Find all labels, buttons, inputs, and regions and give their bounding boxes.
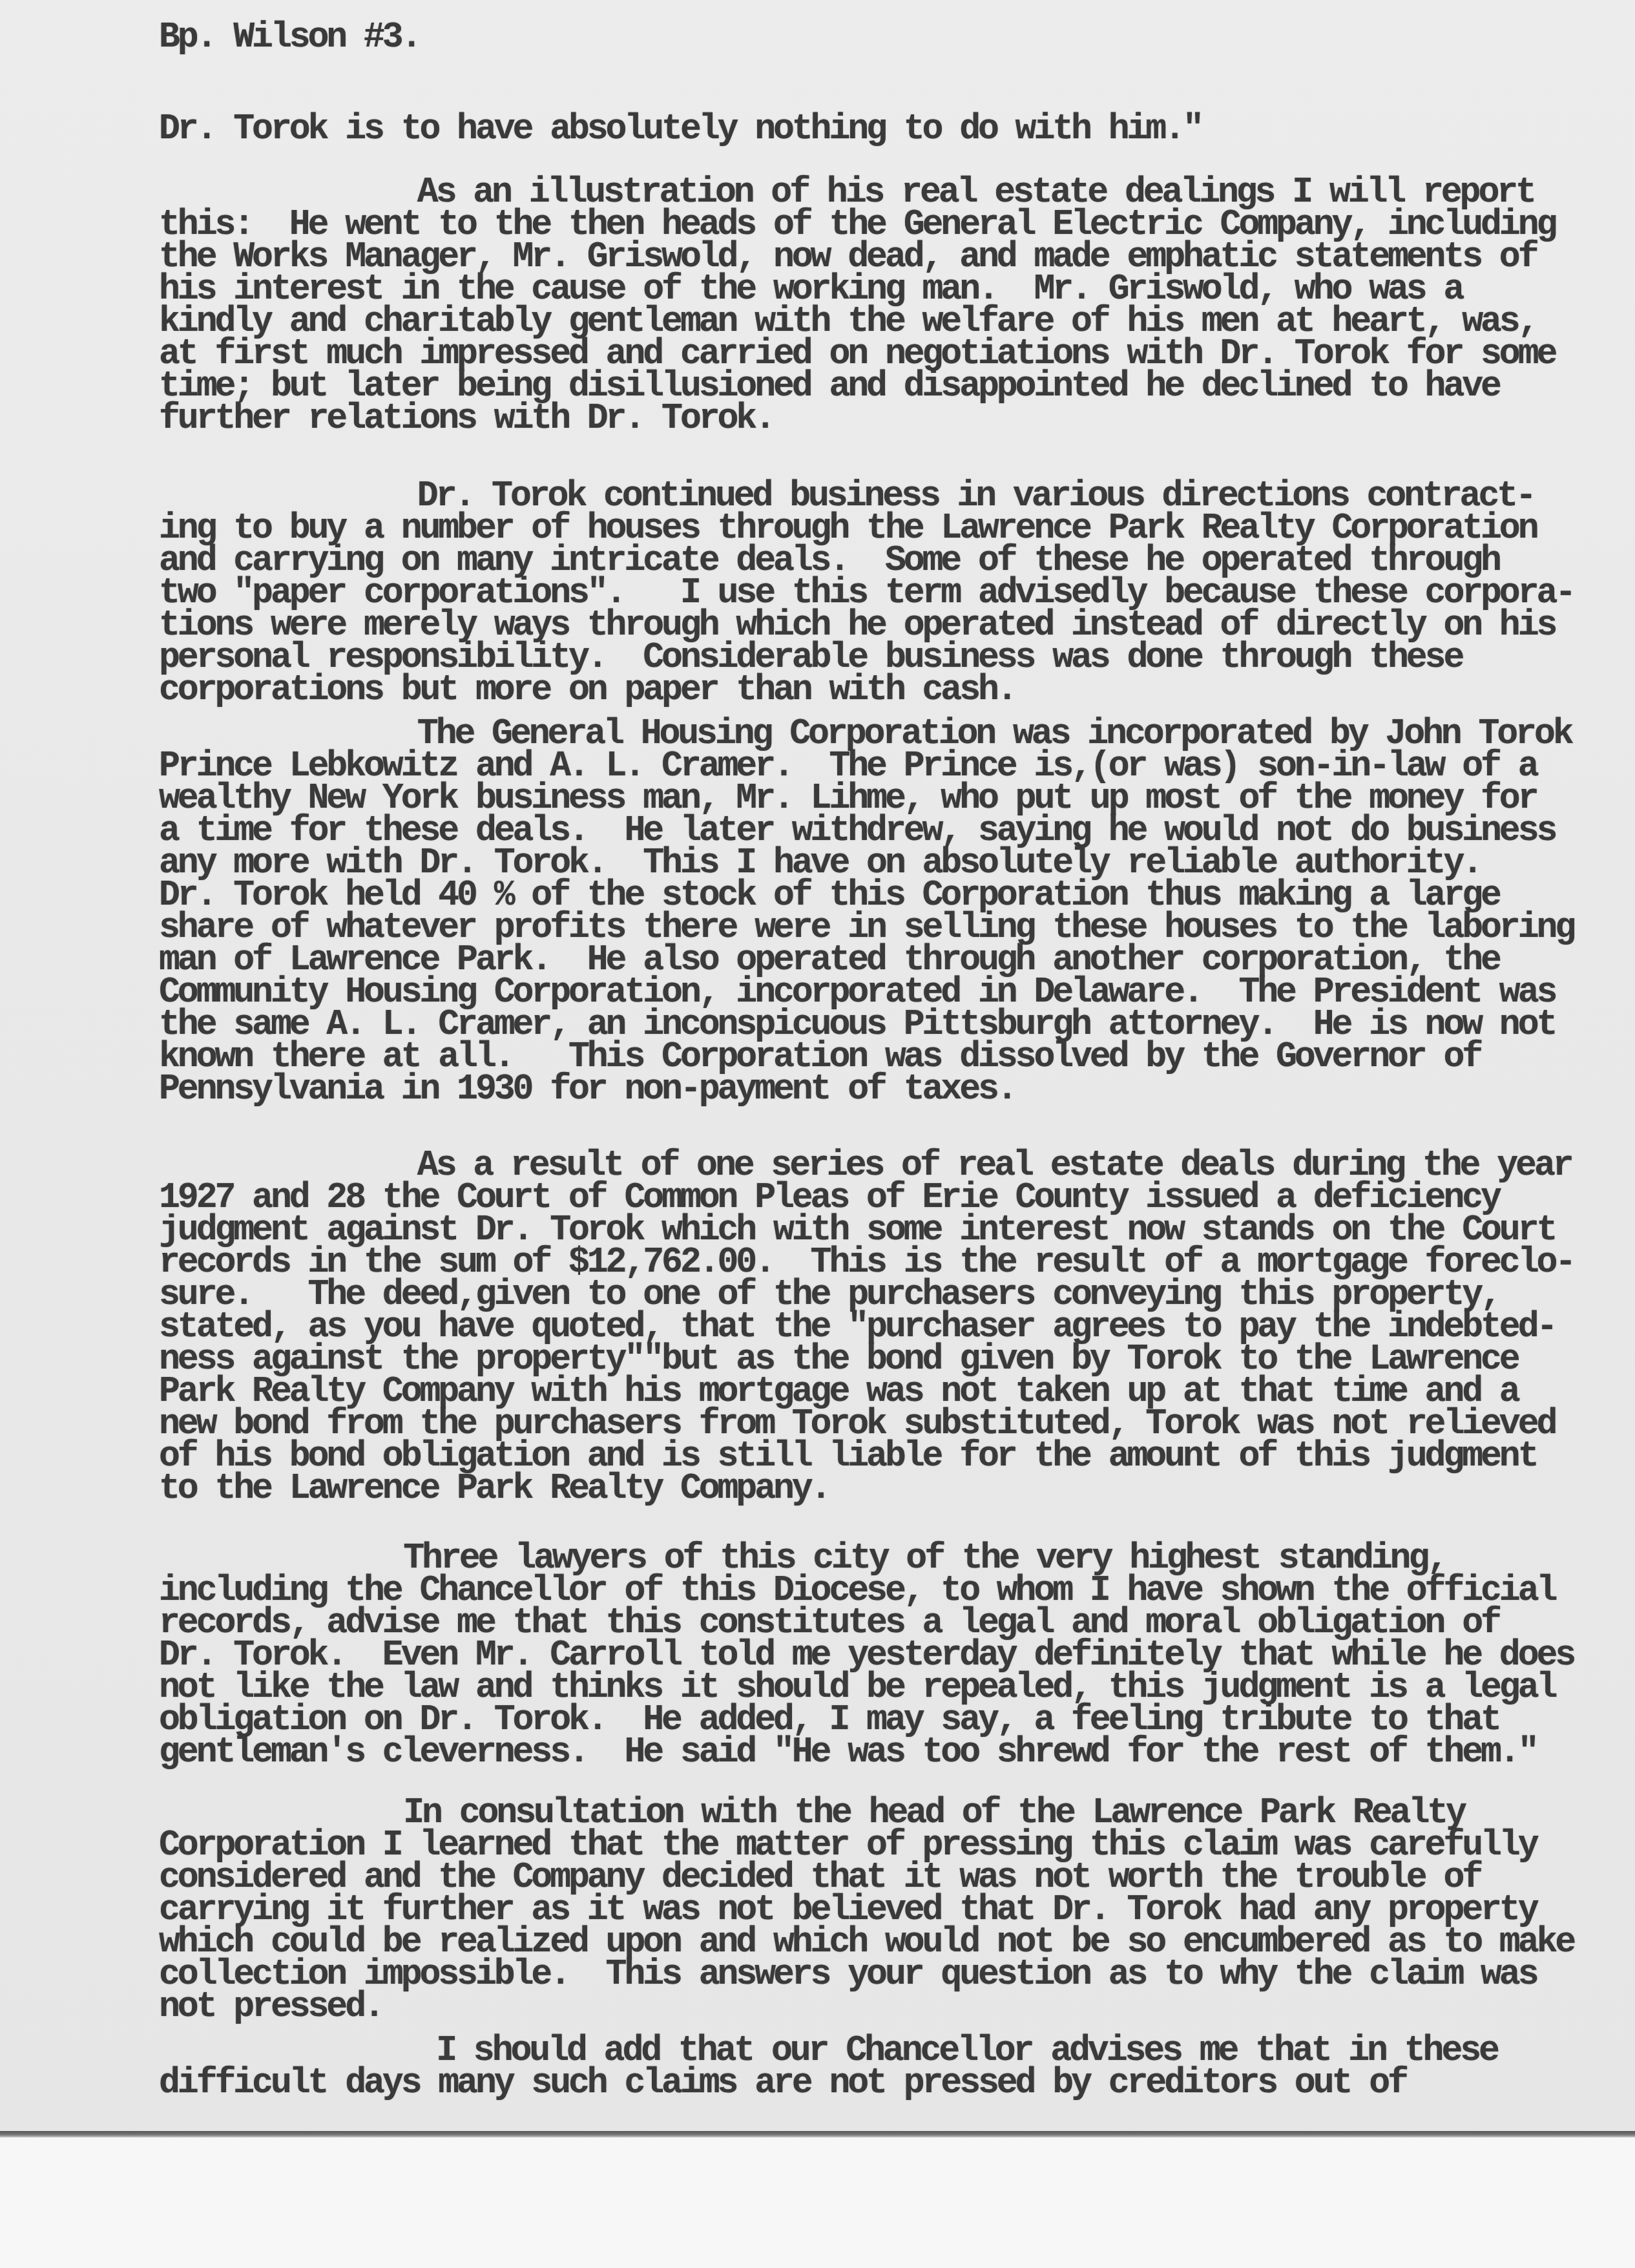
paragraph-chancellor-advice: I should add that our Chancellor advises… bbox=[159, 2034, 1609, 2099]
opening-line-text: Dr. Torok is to have absolutely nothing … bbox=[159, 112, 1609, 145]
paragraph-paper-corporations: Dr. Torok continued business in various … bbox=[159, 479, 1609, 706]
paragraph-line: Pennsylvania in 1930 for non-payment of … bbox=[159, 1073, 1609, 1105]
header-text: Bp. Wilson #3. bbox=[159, 21, 1609, 53]
scanner-background bbox=[0, 2137, 1635, 2268]
paragraph-line: further relations with Dr. Torok. bbox=[159, 402, 1609, 434]
page-bottom-edge bbox=[0, 2131, 1635, 2137]
paragraph-line: difficult days many such claims are not … bbox=[159, 2066, 1609, 2099]
page-header: Bp. Wilson #3. bbox=[159, 21, 1609, 53]
paragraph-ge-dealings: As an illustration of his real estate de… bbox=[159, 176, 1609, 434]
paragraph-line: corporations but more on paper than with… bbox=[159, 673, 1609, 706]
paragraph-general-housing: The General Housing Corporation was inco… bbox=[159, 717, 1609, 1105]
paragraph-line: gentleman's cleverness. He said "He was … bbox=[159, 1736, 1609, 1768]
paragraph-line: to the Lawrence Park Realty Company. bbox=[159, 1472, 1609, 1504]
paragraph-consultation: In consultation with the head of the Law… bbox=[159, 1796, 1609, 2022]
opening-line: Dr. Torok is to have absolutely nothing … bbox=[159, 112, 1609, 145]
paragraph-deficiency-judgment: As a result of one series of real estate… bbox=[159, 1149, 1609, 1504]
paragraph-three-lawyers: Three lawyers of this city of the very h… bbox=[159, 1542, 1609, 1768]
paragraph-line: not pressed. bbox=[159, 1990, 1609, 2022]
